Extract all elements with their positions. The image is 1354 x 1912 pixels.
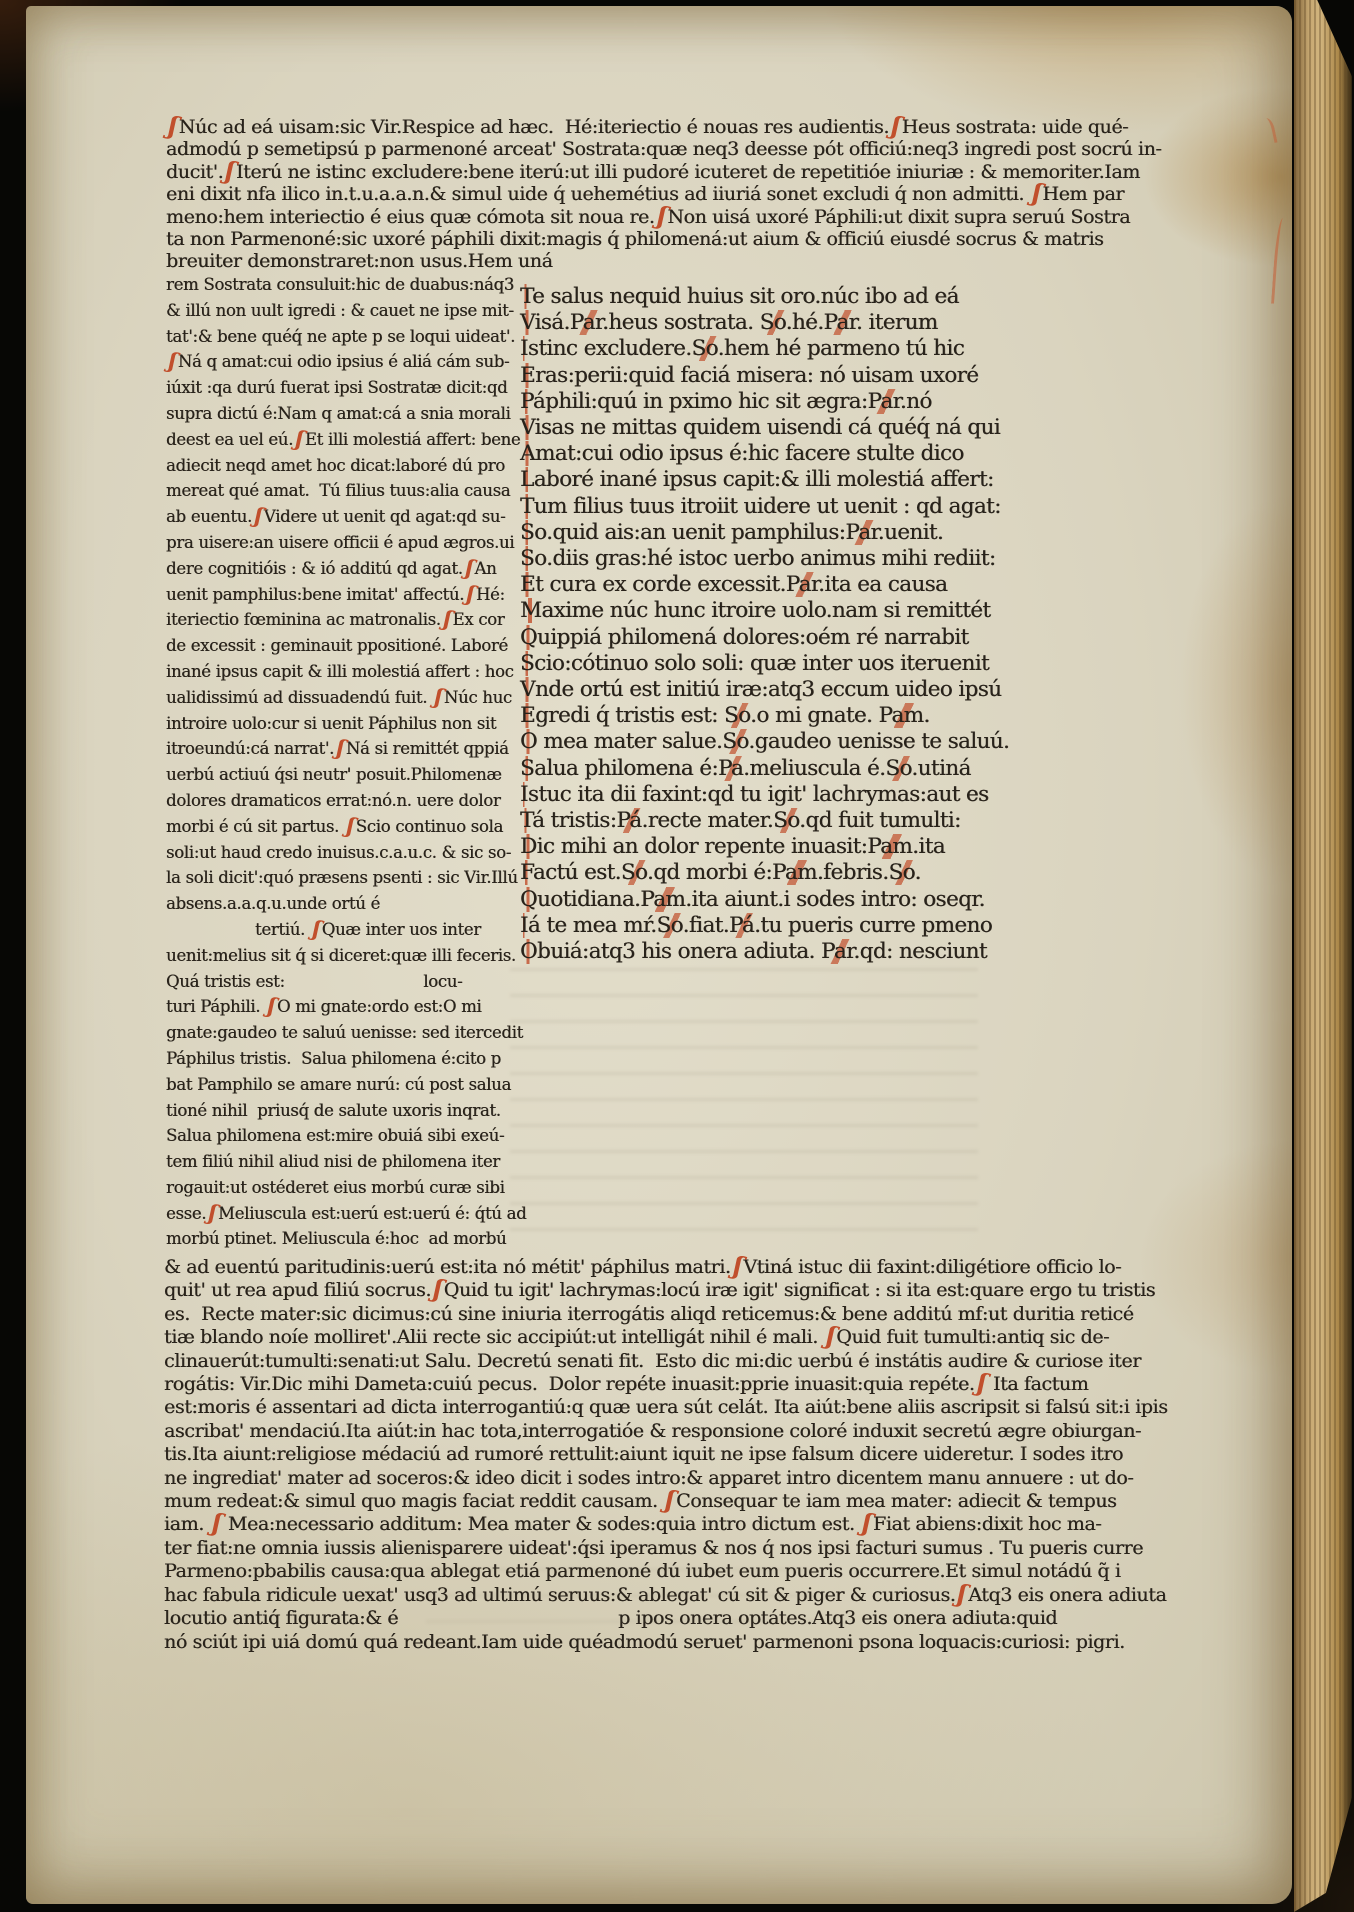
text-line: So.diis gras:hé istoc uerbo animus mihi … xyxy=(520,546,1000,572)
rubricated-initial: E xyxy=(520,363,535,388)
text-line: iteriectio fœminina ac matronalis.ʃEx co… xyxy=(166,607,514,633)
text-line: bat Pamphilo se amare nurú: cú post salu… xyxy=(166,1072,514,1098)
paragraph-mark: ʃ xyxy=(337,749,344,750)
text-line: uerbú actiuú q́si neutr' posuit.Philomen… xyxy=(166,762,514,788)
paragraph-mark: ʃ xyxy=(268,1007,275,1008)
paragraph-mark: ʃ xyxy=(467,594,474,595)
paragraph-mark: ʃ xyxy=(347,826,354,827)
text-line: Dic mihi an dolor repente inuasit:Pam.it… xyxy=(520,834,1000,860)
text-line: itroeundú:cá narrat'.ʃNá si remittét qpp… xyxy=(166,736,514,762)
rubricated-initial: T xyxy=(520,494,534,519)
paragraph-mark: ʃ xyxy=(892,125,900,126)
text-line: ualidissimú ad dissuadendú fuit. ʃNúc hu… xyxy=(166,685,514,711)
rubricated-initial: Q xyxy=(520,625,537,650)
text-line: esse.ʃMeliuscula est:uerú est:uerú é: q́… xyxy=(166,1201,514,1227)
rubricated-initial: P xyxy=(520,389,533,414)
speaker-abbreviation: Par. xyxy=(786,572,825,597)
text-line: meno:hem interiectio é eius quæ cómota s… xyxy=(166,206,1270,228)
rubricated-initial: O xyxy=(520,729,537,754)
text-line: tat':& bene quéq́ ne apte p se loqui uid… xyxy=(166,324,514,350)
text-line: Tá tristis:Pá.recte mater.So.qd fuit tum… xyxy=(520,808,1000,834)
text-line: So.quid ais:an uenit pamphilus:Par.uenit… xyxy=(520,520,1000,546)
text-line: morbú ptinet. Meliuscula é:hoc ad morbú xyxy=(166,1226,514,1252)
rubricated-initial: V xyxy=(520,415,535,440)
rubricated-initial: T xyxy=(520,284,532,309)
text-line: Tum filius tuus itroiit uidere ut uenit … xyxy=(520,494,1000,520)
text-line: clinauerút:tumulti:senati:ut Salu. Decre… xyxy=(164,1350,1290,1373)
speaker-abbreviation: So. xyxy=(885,756,917,781)
text-line: Páphilus tristis. Salua philomena é:cito… xyxy=(166,1046,514,1072)
speaker-abbreviation: Par. xyxy=(570,310,609,335)
paragraph-mark: ʃ xyxy=(1033,193,1041,194)
speaker-abbreviation: So. xyxy=(621,860,653,885)
text-line: eni dixit nfa ilico in.t.u.a.a.n.& simul… xyxy=(166,183,1270,205)
play-text-column: Te salus nequid huius sit oro.núc ibo ad… xyxy=(520,272,1000,965)
text-line: Vnde ortú est initiú iræ:atq3 eccum uide… xyxy=(520,677,1000,703)
rubricated-initial: E xyxy=(520,572,535,597)
text-line: ne ingrediat' mater ad soceros:& ideo di… xyxy=(164,1467,1290,1490)
text-line: Obuiá:atq3 his onera adiuta. Par.qd: nes… xyxy=(520,939,1000,965)
text-line: introire uolo:cur si uenit Páphilus non … xyxy=(166,711,514,737)
text-line: tis.Ita aiunt:religiose médaciú ad rumor… xyxy=(164,1443,1290,1466)
text-line: Factú est.So.qd morbi é:Pam.febris.So. xyxy=(520,860,1000,886)
text-line: morbi é cú sit partus. ʃScio continuo so… xyxy=(166,814,514,840)
text-line: Maxime núc hunc itroire uolo.nam si remi… xyxy=(520,598,1000,624)
text-line: Istinc excludere.So.hem hé parmeno tú hi… xyxy=(520,336,1000,362)
text-line: & illú non uult igredi : & cauet ne ipse… xyxy=(166,298,514,324)
rubricated-initial: V xyxy=(520,310,535,335)
text-line: la soli dicit':quó præsens psenti : sic … xyxy=(166,865,514,891)
paragraph-mark: ʃ xyxy=(169,362,176,363)
text-line: iam. ʃ Mea:necessario additum: Mea mater… xyxy=(164,1513,1290,1536)
rubricated-initial: A xyxy=(520,441,535,466)
paragraph-mark: ʃ xyxy=(666,1499,674,1500)
paragraph-mark: ʃ xyxy=(313,929,320,930)
text-line: admodú p semetipsú p parmenoné arceat' S… xyxy=(166,138,1270,160)
text-line: ʃNúc ad eá uisam:sic Vir.Respice ad hæc.… xyxy=(166,116,1270,138)
text-line: Egredi q́ tristis est: So.o mi gnate. Pa… xyxy=(520,703,1000,729)
paragraph-mark: ʃ xyxy=(466,568,473,569)
rubricated-initial: S xyxy=(520,651,534,676)
text-line: ascribat' mendaciú.Ita aiút:in hac tota,… xyxy=(164,1420,1290,1443)
text-line: iúxit :qa durú fuerat ipsi Sostratæ dici… xyxy=(166,375,514,401)
rubricated-initial: Q xyxy=(520,887,537,912)
speaker-abbreviation: So. xyxy=(724,703,756,728)
text-line: Quotidiana.Pam.ita aiunt.i sodes intro: … xyxy=(520,887,1000,913)
book-photo-background: ʃNúc ad eá uisam:sic Vir.Respice ad hæc.… xyxy=(0,0,1354,1912)
paragraph-mark: ʃ xyxy=(826,1336,834,1337)
speaker-abbreviation: Par. xyxy=(821,939,860,964)
text-line: ta non Parmenoné:sic uxoré páphili dixit… xyxy=(166,228,1270,250)
rubricated-initial: S xyxy=(520,546,534,571)
text-line: es. Recte mater:sic dicimus:cú sine iniu… xyxy=(164,1303,1290,1326)
speaker-abbreviation: Pam. xyxy=(867,834,918,859)
text-line: mum redeat:& simul quo magis faciat redd… xyxy=(164,1490,1290,1513)
paragraph-mark: ʃ xyxy=(169,125,177,126)
ink-bleedthrough-area xyxy=(510,968,978,1240)
text-line: Quá tristis est: locu- xyxy=(166,969,514,995)
text-line: tertiú. ʃQuæ inter uos inter xyxy=(166,917,514,943)
text-line: ʃNá q amat:cui odio ipsius é aliá cám su… xyxy=(166,349,514,375)
text-line: Visá.Par.heus sostrata. So.hé.Par. iteru… xyxy=(520,310,1000,336)
rubricated-initial: S xyxy=(520,520,534,545)
text-line: Istuc ita dii faxint:qd tu igit' lachrym… xyxy=(520,782,1000,808)
speaker-abbreviation: Pam. xyxy=(772,860,823,885)
rubricated-initial: I xyxy=(520,782,528,807)
text-line: Quippiá philomená dolores:oém ré narrabi… xyxy=(520,625,1000,651)
paragraph-mark: ʃ xyxy=(657,215,665,216)
text-line: quit' ut rea apud filiú socrus.ʃQuid tu … xyxy=(164,1279,1290,1302)
speaker-abbreviation: So. xyxy=(692,336,724,361)
speaker-abbreviation: Par. xyxy=(867,389,906,414)
text-line: Et cura ex corde excessit.Par.ita ea cau… xyxy=(520,572,1000,598)
text-line: dere cognitióis : & ió additú qd agat.ʃA… xyxy=(166,556,514,582)
text-line: inané ipsus capit & illi molestiá affert… xyxy=(166,659,514,685)
paragraph-mark: ʃ xyxy=(255,517,262,518)
text-line: absens.a.a.q.u.unde ortú é xyxy=(166,891,514,917)
text-line: tem filiú nihil aliud nisi de philomena … xyxy=(166,1149,514,1175)
rubricated-initial: I xyxy=(520,336,528,361)
speaker-abbreviation: So. xyxy=(656,913,688,938)
text-line: ter fiat:ne omnia iussis alienisparere u… xyxy=(164,1537,1290,1560)
speaker-abbreviation: So. xyxy=(760,310,792,335)
speaker-abbreviation: So. xyxy=(722,729,754,754)
rubricated-initial: T xyxy=(520,808,532,833)
speaker-abbreviation: So. xyxy=(773,808,805,833)
paragraph-mark: ʃ xyxy=(434,1289,442,1290)
text-line: Te salus nequid huius sit oro.núc ibo ad… xyxy=(520,284,1000,310)
book-page: ʃNúc ad eá uisam:sic Vir.Respice ad hæc.… xyxy=(26,6,1292,1904)
paragraph-mark: ʃ xyxy=(733,1265,741,1266)
rubricated-initial: V xyxy=(520,677,535,702)
paragraph-mark: ʃ xyxy=(977,1382,985,1383)
speaker-abbreviation: Par. xyxy=(845,520,884,545)
speaker-abbreviation: So. xyxy=(888,860,920,885)
commentary-left-column: rem Sostrata consuluit:hic de duabus:náq… xyxy=(166,272,514,1252)
text-line: Salua philomena é:Pa.meliuscula é.So.uti… xyxy=(520,756,1000,782)
paragraph-mark: ʃ xyxy=(435,697,442,698)
text-line: supra dictú é:Nam q amat:cá a snia moral… xyxy=(166,401,514,427)
paragraph-mark: ʃ xyxy=(296,439,303,440)
rubricated-initial: L xyxy=(520,467,534,492)
text-line: Salua philomena est:mire obuiá sibi exeú… xyxy=(166,1123,514,1149)
text-line: tiæ blando noíe molliret'.Alii recte sic… xyxy=(164,1326,1290,1349)
text-line: turi Páphili. ʃO mi gnate:ordo est:O mi xyxy=(166,994,514,1020)
text-line: gnate:gaudeo te saluú uenisse: sed iterc… xyxy=(166,1020,514,1046)
commentary-top-block: ʃNúc ad eá uisam:sic Vir.Respice ad hæc.… xyxy=(166,116,1270,273)
text-line: Amat:cui odio ipsus é:hic facere stulte … xyxy=(520,441,1000,467)
text-line: O mea mater salue.So.gaudeo uenisse te s… xyxy=(520,729,1000,755)
text-line: est:moris é assentari ad dicta interroga… xyxy=(164,1396,1290,1419)
text-line: uenit:melius sit q́ si diceret:quæ illi … xyxy=(166,943,514,969)
text-line: rogauit:ut ostéderet eius morbú curæ sib… xyxy=(166,1175,514,1201)
rubricated-initial: E xyxy=(520,703,535,728)
text-line: Páphili:quú in pximo hic sit ægra:Par.nó xyxy=(520,389,1000,415)
speaker-abbreviation: Pam. xyxy=(879,703,930,728)
rubricated-initial: O xyxy=(520,939,537,964)
paragraph-mark: ʃ xyxy=(958,1593,966,1594)
text-line: mereat qué amat. Tú filius tuus:alia cau… xyxy=(166,478,514,504)
speaker-abbreviation: Pam. xyxy=(640,887,691,912)
text-line: Visas ne mittas quidem uisendi cá quéq́ … xyxy=(520,415,1000,441)
rubricated-initial: M xyxy=(520,598,541,623)
paragraph-mark: ʃ xyxy=(209,1213,216,1214)
rubricated-initial: F xyxy=(520,860,533,885)
text-line: soli:ut haud credo inuisus.c.a.u.c. & si… xyxy=(166,840,514,866)
text-line: uenit pamphilus:bene imitat' affectú.ʃHé… xyxy=(166,582,514,608)
rubricated-initial: S xyxy=(520,756,534,781)
text-line: ab euentu.ʃVidere ut uenit qd agat:qd su… xyxy=(166,504,514,530)
text-line: Eras:perii:quid faciá misera: nó uisam u… xyxy=(520,363,1000,389)
text-line: deest ea uel eú.ʃEt illi molestiá affert… xyxy=(166,427,514,453)
text-line: ducit'.ʃIterú ne istinc excludere:bene i… xyxy=(166,161,1270,183)
text-line: rem Sostrata consuluit:hic de duabus:náq… xyxy=(166,272,514,298)
margin-rubric-mark xyxy=(1271,218,1287,304)
book-fore-edge xyxy=(1294,0,1352,1912)
ink-bleedthrough-area xyxy=(426,1568,816,1646)
speaker-abbreviation: Pa. xyxy=(718,756,749,781)
speaker-abbreviation: Pá. xyxy=(729,913,760,938)
text-line: dolores dramaticos errat:nó.n. uere dolo… xyxy=(166,788,514,814)
paragraph-mark: ʃ xyxy=(212,1523,220,1524)
text-line: adiecit neqd amet hoc dicat:laboré dú pr… xyxy=(166,453,514,479)
paragraph-mark: ʃ xyxy=(863,1523,871,1524)
paragraph-mark: ʃ xyxy=(226,170,234,171)
text-line: rogátis: Vir.Dic mihi Dameta:cuiú pecus.… xyxy=(164,1373,1290,1396)
text-line: Scio:cótinuo solo soli: quæ inter uos it… xyxy=(520,651,1000,677)
text-line: pra uisere:an uisere officii é apud ægro… xyxy=(166,530,514,556)
text-line: & ad euentú paritudinis:uerú est:ita nó … xyxy=(164,1256,1290,1279)
text-line: breuiter demonstraret:non usus.Hem uná xyxy=(166,250,1270,272)
speaker-abbreviation: Pá. xyxy=(616,808,647,833)
rubricated-initial: D xyxy=(520,834,537,859)
text-line: Iá te mea mŕ.So.fiat.Pá.tu pueris curre … xyxy=(520,913,1000,939)
rubricated-initial: I xyxy=(520,913,528,938)
text-line: Laboré inané ipsus capit:& illi molestiá… xyxy=(520,467,1000,493)
paragraph-mark: ʃ xyxy=(444,620,451,621)
speaker-abbreviation: Par. xyxy=(824,310,863,335)
text-line: de excessit : geminauit ppositioné. Labo… xyxy=(166,633,514,659)
text-line: tioné nihil priusq́ de salute uxoris inq… xyxy=(166,1098,514,1124)
